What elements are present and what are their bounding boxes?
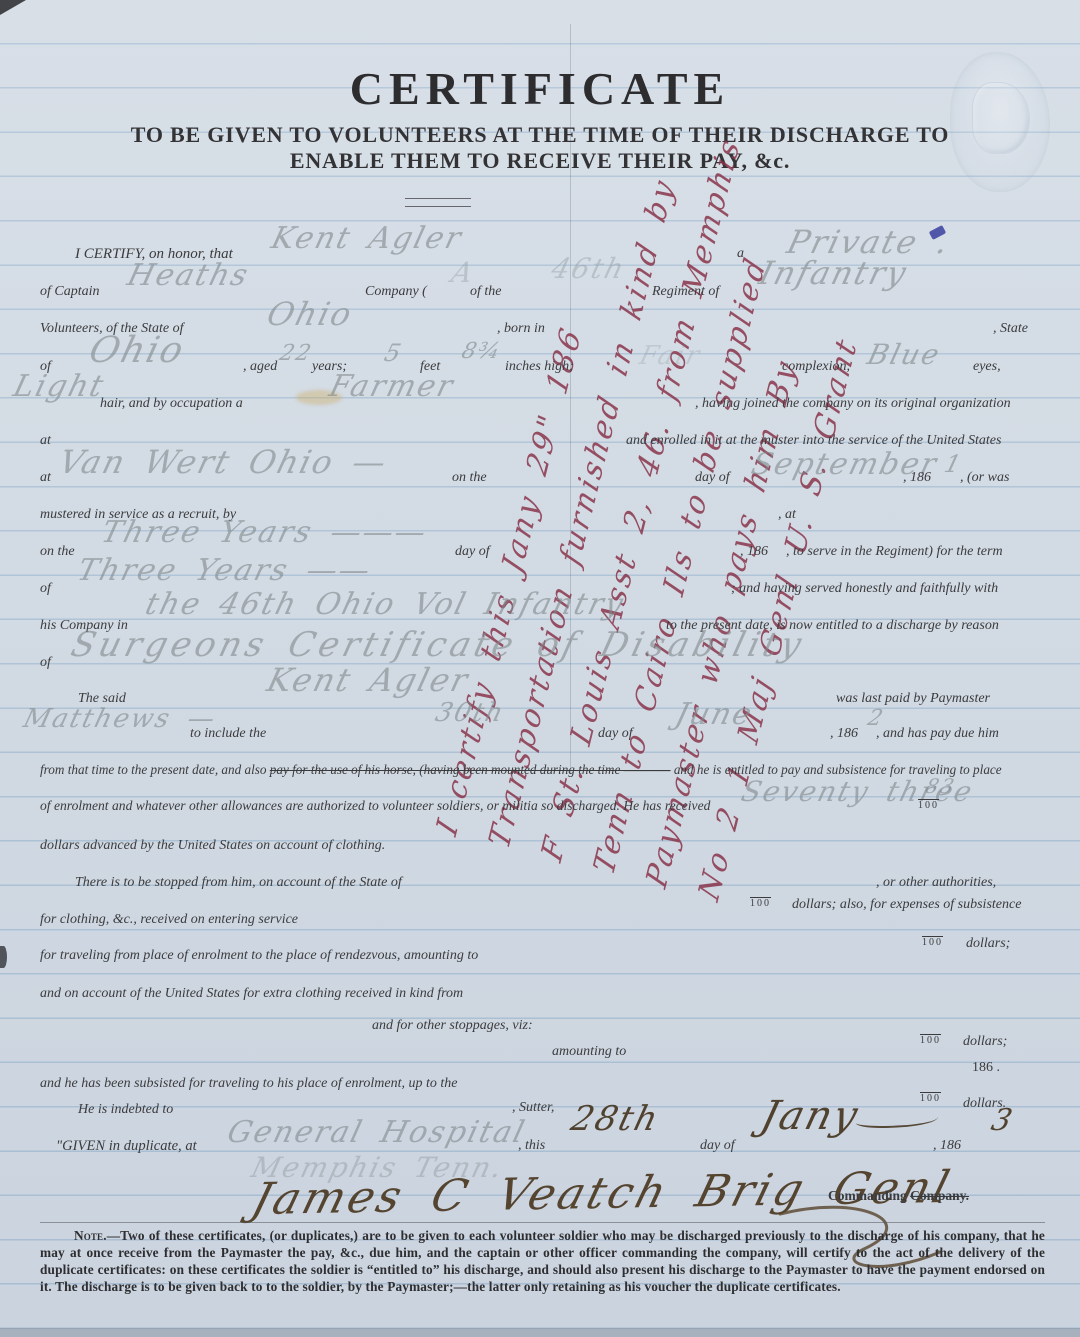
print-horse-struck: pay for the use of his horse, (having be… [270, 762, 671, 777]
print-186: , 186 [903, 470, 931, 485]
print-or-was: , (or was [960, 470, 1009, 485]
print-to-include: to include the [190, 726, 266, 741]
entry-hair-color: Light [10, 372, 108, 402]
print-inches-high: inches high; [505, 359, 574, 374]
discharge-certificate-page: CERTIFICATE TO BE GIVEN TO VOLUNTEERS AT… [0, 0, 1080, 1337]
print-comma-at: , at [778, 507, 796, 522]
print-day-of: day of [695, 470, 730, 485]
print-for-traveling: for traveling from place of enrolment to… [40, 948, 478, 963]
entry-discharge-reason: Surgeons Certificate of Disability [68, 628, 809, 662]
print-enrolment-received: of enrolment and whatever other allowanc… [40, 799, 710, 814]
print-186: , 186 [933, 1138, 961, 1153]
print-at: at [40, 433, 51, 448]
entry-age: 22 [277, 343, 314, 365]
entry-height-feet: 5 [382, 341, 405, 365]
entry-captain-name: Heaths [124, 261, 252, 291]
print-hair-occupation: hair, and by occupation a [100, 396, 243, 411]
print-aged: , aged [243, 359, 277, 374]
entry-paid-month: June [672, 700, 756, 730]
page-title: CERTIFICATE [0, 62, 1080, 115]
print-honestly: ; and having served honestly and faithfu… [731, 581, 998, 596]
print-day-of: day of [598, 726, 633, 741]
print-company-struck: Company. [910, 1188, 969, 1203]
pen-flourish [856, 1112, 938, 1128]
print-of: of [40, 655, 51, 670]
print-fraction-100: 100 [920, 1034, 941, 1046]
entry-amount-cents: 83 [924, 776, 958, 796]
print-state-suffix: , State [993, 321, 1028, 336]
entry-state: Ohio [264, 298, 356, 330]
print-clothing-advanced: dollars advanced by the United States on… [40, 838, 385, 853]
print-commanding: Commanding Company. [828, 1188, 969, 1204]
paper-bottom-edge [0, 1328, 1080, 1337]
print-to-serve: , to serve in the Regiment) for the term [786, 544, 1003, 559]
print-of-the: of the [470, 284, 502, 299]
entry-term-1: Three Years ——— [98, 518, 430, 548]
print-other-authorities: , or other authorities, [876, 875, 996, 890]
print-having-joined: , having joined the company on its origi… [695, 396, 1011, 411]
entry-height-inches: 8¾ [459, 341, 504, 363]
print-pay-due: , and has pay due him [876, 726, 999, 741]
print-complexion: complexion, [782, 359, 850, 374]
print-fraction-100: 100 [918, 799, 939, 811]
print-company-label: Company ( [365, 284, 427, 299]
print-given-label: "GIVEN in duplicate, at [56, 1138, 197, 1154]
footnote-label: Note. [74, 1228, 107, 1243]
print-born-in: , born in [497, 321, 545, 336]
print-dollars: dollars; [963, 1034, 1007, 1049]
print-on-the: on the [40, 544, 75, 559]
print-at: at [40, 470, 51, 485]
print-day-of: day of [455, 544, 490, 559]
entry-soldier-name: Kent Agler [268, 224, 465, 254]
print-fraction-100: 100 [750, 897, 771, 909]
print-indebted: He is indebted to [78, 1102, 173, 1117]
print-186-blank: 186 . [972, 1060, 1000, 1075]
print-eyes: eyes, [973, 359, 1001, 374]
paper-corner-mark [0, 0, 26, 15]
entry-occupation: Farmer [326, 372, 457, 402]
subtitle-line-1: TO BE GIVEN TO VOLUNTEERS AT THE TIME OF… [0, 122, 1080, 148]
print-subsisted: and he has been subsisted for traveling … [40, 1076, 457, 1091]
entry-term-2: Three Years —— [74, 556, 374, 586]
print-stopped-state: There is to be stopped from him, on acco… [75, 875, 402, 890]
paper-edge-mark [0, 946, 7, 968]
print-186: , 186 [740, 544, 768, 559]
print-fraction-100: 100 [922, 936, 943, 948]
footnote-text: —Two of these certificates, (or duplicat… [40, 1228, 1045, 1294]
footnote: Note.—Two of these certificates, (or dup… [40, 1228, 1045, 1296]
entry-complexion: Fair [637, 343, 704, 369]
print-last-paid: was last paid by Paymaster [836, 691, 990, 706]
print-on-the: on the [452, 470, 487, 485]
print-this: , this [518, 1138, 545, 1153]
entry-arm-of-service: Infantry [756, 257, 911, 289]
double-rule-mark [405, 198, 471, 207]
entry-eye-color: Blue [865, 341, 944, 369]
subtitle-line-2: ENABLE THEM TO RECEIVE THEIR PAY, &c. [0, 148, 1080, 174]
print-amounting-to: amounting to [552, 1044, 626, 1059]
entry-given-month: Jany [757, 1096, 863, 1136]
print-dollars-subsistence: dollars; also, for expenses of subsisten… [792, 897, 1021, 912]
print-commanding-word: Commanding [828, 1188, 907, 1203]
entry-unit: the 46th Ohio Vol Infantry [142, 590, 627, 620]
print-day-of: day of [700, 1138, 735, 1153]
print-a: a [737, 246, 744, 261]
print-fraction-100: 100 [920, 1092, 941, 1104]
print-186: , 186 [830, 726, 858, 741]
entry-muster-place: Van Wert Ohio — [56, 446, 391, 478]
entry-given-day: 28th [568, 1102, 663, 1136]
entry-paid-day: 30th [433, 700, 508, 726]
entry-said-name: Kent Agler [264, 664, 473, 696]
print-regiment-of: Regiment of [652, 284, 719, 299]
entry-company-letter: A [449, 259, 478, 287]
print-extra-clothing: and on account of the United States for … [40, 986, 463, 1001]
print-of-captain: of Captain [40, 284, 100, 299]
entry-birth-state: Ohio [86, 333, 189, 369]
print-dollars: dollars; [966, 936, 1010, 951]
print-for-clothing: for clothing, &c., received on entering … [40, 912, 298, 927]
print-of: of [40, 581, 51, 596]
entry-given-place: General Hospital [224, 1118, 529, 1148]
print-sutler: , Sutter, [512, 1100, 554, 1115]
entry-regiment-number: 46th [549, 255, 629, 283]
note-divider-rule [40, 1222, 1045, 1223]
print-other-stoppages: and for other stoppages, viz: [372, 1018, 533, 1033]
print-horse-a: from that time to the present date, and … [40, 762, 270, 777]
